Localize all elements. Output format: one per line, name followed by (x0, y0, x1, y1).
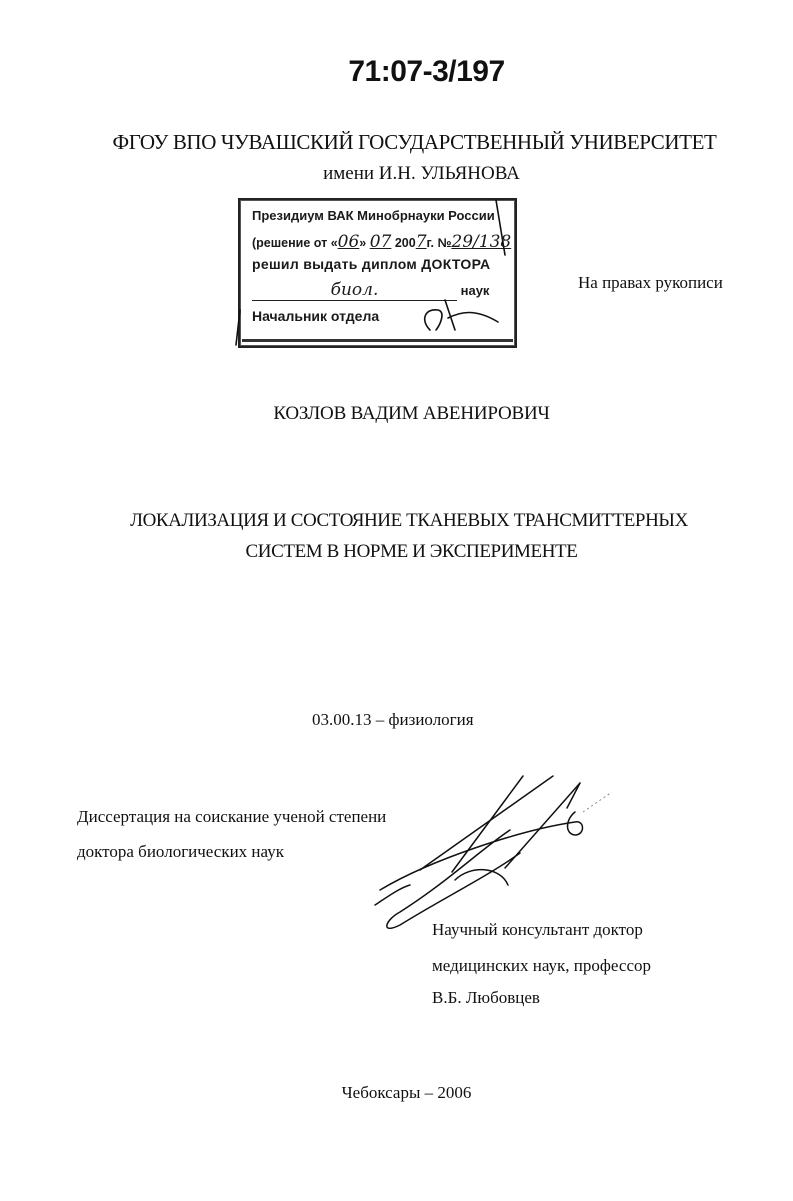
dissertation-degree-line-1: Диссертация на соискание ученой степени (77, 807, 386, 827)
thesis-title-line-2: СИСТЕМ В НОРМЕ И ЭКСПЕРИМЕНТЕ (0, 541, 793, 563)
vak-stamp: Президиум ВАК Минобрнауки России (решени… (238, 198, 517, 348)
stamp-year-digit: 7 (416, 232, 427, 252)
consultant-line-2: медицинских наук, профессор (432, 956, 651, 976)
author-signature-icon (375, 776, 583, 928)
stamp-field-suffix: наук (461, 283, 490, 298)
stamp-line-award: решил выдать диплом ДОКТОРА (252, 256, 490, 272)
stamp-quote: » (359, 236, 366, 250)
consultant-name: В.Б. Любовцев (432, 988, 540, 1008)
stamp-decision-prefix: (решение от « (252, 236, 338, 250)
stamp-line-presidium: Президиум ВАК Минобрнауки России (252, 208, 495, 223)
signature-trail-icon (583, 792, 612, 812)
stamp-decision-number: 29/138 (451, 232, 511, 252)
thesis-title-line-1: ЛОКАЛИЗАЦИЯ И СОСТОЯНИЕ ТКАНЕВЫХ ТРАНСМИ… (0, 510, 793, 532)
consultant-line-1: Научный консультант доктор (432, 920, 643, 940)
stamp-bottom-rule (242, 339, 513, 342)
stamp-line-head: Начальник отдела (252, 308, 379, 324)
city-year: Чебоксары – 2006 (0, 1083, 793, 1103)
institution-name: ФГОУ ВПО ЧУВАШСКИЙ ГОСУДАРСТВЕННЫЙ УНИВЕ… (0, 130, 793, 155)
manuscript-rights: На правах рукописи (578, 273, 723, 293)
stamp-day: 06 (338, 232, 360, 252)
specialty-code: 03.00.13 – физиология (312, 710, 474, 730)
stamp-number-label: г. № (427, 236, 452, 250)
stamp-year-prefix: 200 (395, 236, 416, 250)
stamp-line-field: биол. наук (252, 280, 502, 301)
stamp-field-handwritten: биол. (331, 280, 379, 300)
author-name: КОЗЛОВ ВАДИМ АВЕНИРОВИЧ (0, 403, 793, 425)
dissertation-degree-line-2: доктора биологических наук (77, 842, 284, 862)
institution-subtitle: имени И.Н. УЛЬЯНОВА (0, 163, 793, 185)
registry-code: 71:07-3/197 (0, 55, 793, 89)
stamp-line-decision: (решение от «06» 07 2007г. №29/138 (252, 232, 511, 252)
stamp-month: 07 (370, 232, 392, 252)
